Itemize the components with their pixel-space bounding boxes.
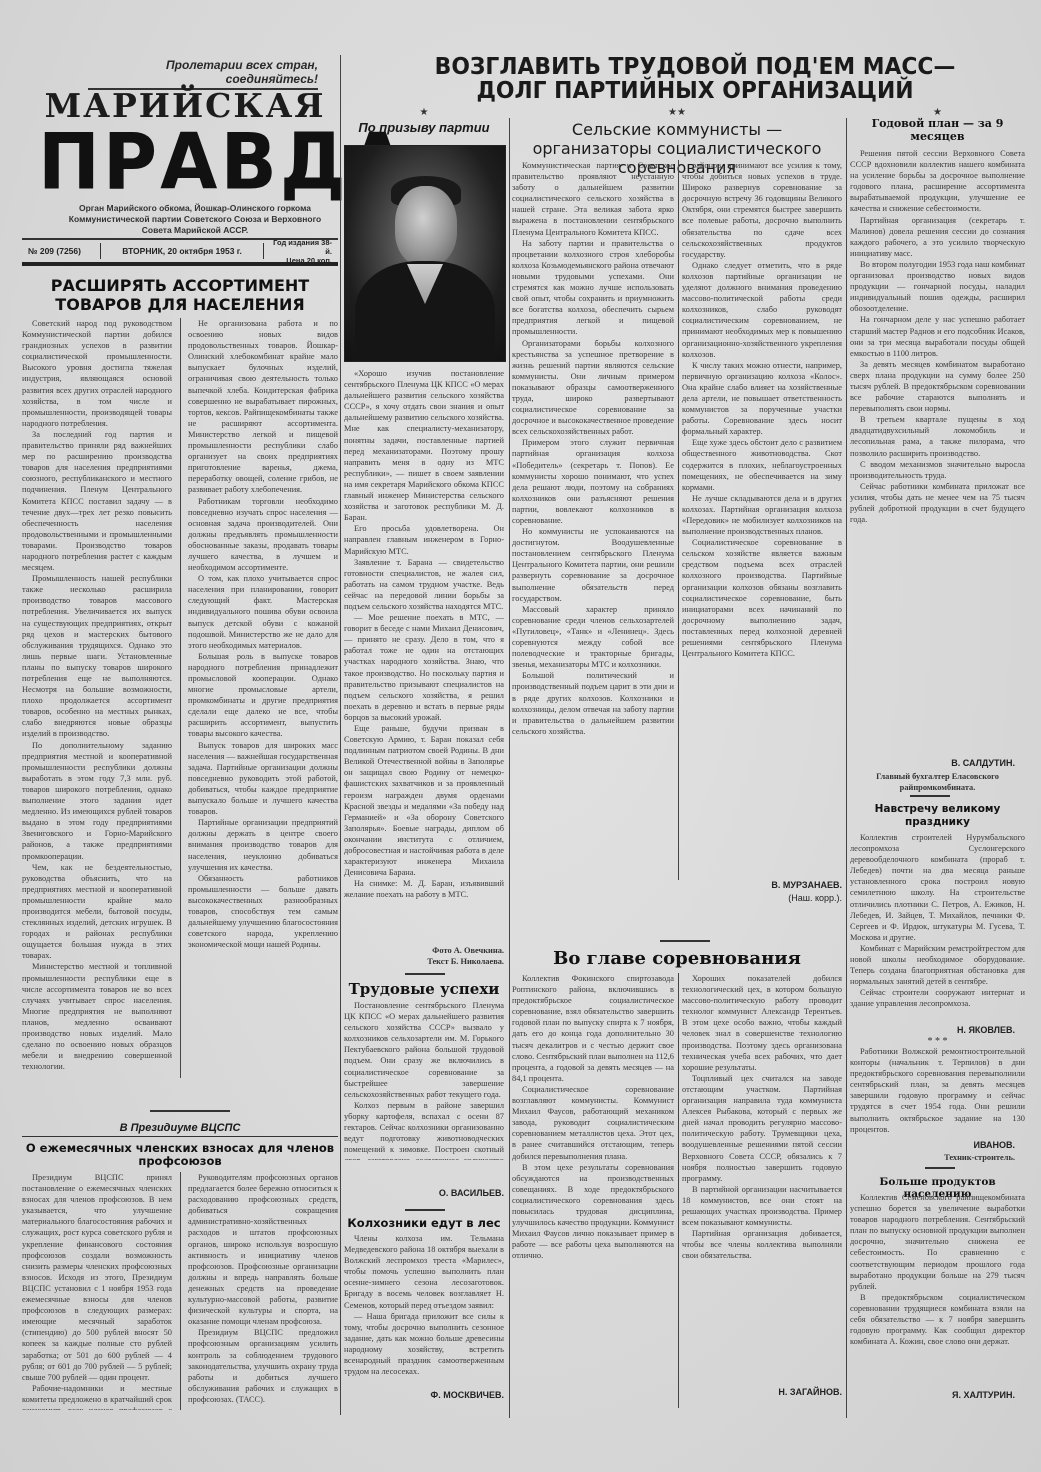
column-rule bbox=[340, 55, 341, 1415]
annual-headline: Годовой план — за 9 месяцев bbox=[850, 117, 1025, 143]
editorial-col-2: Не организована работа и по освоению нов… bbox=[188, 318, 338, 1078]
rural-col-1: Коммунистическая партия и Советское прав… bbox=[512, 160, 674, 925]
paragraph: Сейчас работники комбината приложат все … bbox=[850, 481, 1025, 525]
annual-text: Решения пятой сессии Верховного Совета С… bbox=[850, 148, 1025, 748]
paragraph: Колхоз первым в районе завершил уборку к… bbox=[344, 1100, 504, 1160]
newspaper-page: Пролетарии всех стран, соединяйтесь! МАР… bbox=[0, 0, 1041, 1472]
ornament-divider bbox=[150, 1110, 230, 1112]
paragraph: Президиум ВЦСПС принял постановление о е… bbox=[22, 1172, 172, 1383]
paragraph: Его просьба удовлетворена. Он направлен … bbox=[344, 523, 504, 556]
divider bbox=[405, 1209, 445, 1211]
text-credit: Текст Б. Николаева. bbox=[344, 956, 504, 967]
products-signature: Я. ХАЛТУРИН. bbox=[850, 1390, 1015, 1400]
sorevnovanie-col-1: Коллектив Фокинского спиртозавода Роптин… bbox=[512, 973, 674, 1403]
paragraph: Во втором полугодии 1953 года наш комбин… bbox=[850, 259, 1025, 314]
paragraph: Однако следует отметить, что в ряде колх… bbox=[682, 260, 842, 360]
paragraph: На заботу партии и правительства о процв… bbox=[512, 238, 674, 338]
paragraph: Постановление сентябрьского Пленума ЦК К… bbox=[344, 1000, 504, 1100]
issue-price: Цена 20 коп. bbox=[286, 256, 332, 265]
paragraph: На снимке: М. Д. Баран, изъявивший желан… bbox=[344, 878, 504, 900]
column-rule bbox=[180, 1172, 181, 1410]
paragraph: Социалистическое соревнование возглавляю… bbox=[512, 1084, 674, 1162]
kolhozniki-signature: Ф. МОСКВИЧЕВ. bbox=[344, 1390, 504, 1400]
builders-text: Работники Волжской ремонтностроительной … bbox=[850, 1046, 1025, 1136]
kolhozniki-text: Члены колхоза им. Тельмана Медведевского… bbox=[344, 1233, 504, 1383]
paragraph: Президиум ВЦСПС предложил профсоюзным ор… bbox=[188, 1327, 338, 1405]
sorevnovanie-col-2: Хороших показателей добился технологичес… bbox=[682, 973, 842, 1383]
annual-signature: В. САЛДУТИН. bbox=[850, 758, 1015, 768]
holiday-headline: Навстречу великому празднику bbox=[850, 803, 1025, 829]
paragraph: Коллектив Семеновского райпищекомбината … bbox=[850, 1192, 1025, 1292]
photo-face bbox=[395, 186, 457, 266]
paragraph: Не лучше складываются дела и в других ко… bbox=[682, 493, 842, 537]
paragraph: Тоцпливый цех считался на заводе отстающ… bbox=[682, 1073, 842, 1184]
paragraph: За последний год партия и правительство … bbox=[22, 429, 172, 573]
kolhozniki-headline: Колхозники едут в лес bbox=[344, 1216, 504, 1230]
paragraph: Социалистическое соревнование в сельском… bbox=[682, 537, 842, 659]
editorial-headline: РАСШИРЯТЬ АССОРТИМЕНТ ТОВАРОВ ДЛЯ НАСЕЛЕ… bbox=[22, 276, 338, 314]
paragraph: Обязанность работников промышленности — … bbox=[188, 873, 338, 951]
column-rule bbox=[678, 973, 679, 1408]
star-ornament: ★ bbox=[344, 107, 504, 118]
masthead-organ: Орган Марийского обкома, Йошкар-Олинског… bbox=[60, 203, 330, 236]
trudovye-text: Постановление сентябрьского Пленума ЦК К… bbox=[344, 1000, 504, 1160]
paragraph: Заявление т. Барана — свидетельство гото… bbox=[344, 557, 504, 612]
holiday-signature: Н. ЯКОВЛЕВ. bbox=[850, 1025, 1015, 1035]
paragraph: Работникам торговли необходимо повседнев… bbox=[188, 496, 338, 574]
divider bbox=[660, 940, 710, 942]
trudovye-signature: О. ВАСИЛЬЕВ. bbox=[344, 1188, 504, 1198]
paragraph: Советский народ под руководством Коммуни… bbox=[22, 318, 172, 429]
column-rule bbox=[846, 118, 847, 1418]
paragraph: Большая роль в выпуске товаров народного… bbox=[188, 651, 338, 740]
sorevnovanie-headline: Во главе соревнования bbox=[512, 948, 842, 969]
paragraph: — Мое решение поехать в МТС, — говорит в… bbox=[344, 612, 504, 723]
paragraph: Решения пятой сессии Верховного Совета С… bbox=[850, 148, 1025, 215]
feature-credits: Фото А. Овечкина. Текст Б. Николаева. bbox=[344, 945, 504, 967]
paragraph: Коммунистическая партия и Советское прав… bbox=[512, 160, 674, 238]
paragraph: К числу таких можно отнести, например, п… bbox=[682, 360, 842, 438]
issue-year: Год издания 38-й. bbox=[273, 238, 332, 256]
portrait-photo bbox=[344, 145, 506, 362]
paragraph: Не организована работа и по освоению нов… bbox=[188, 318, 338, 496]
paragraph: районов, принимают все усилия к тому, чт… bbox=[682, 160, 842, 260]
presidium-kicker: В Президиуме ВЦСПС bbox=[22, 1122, 338, 1137]
paragraph: С вводом механизмов значительно выросла … bbox=[850, 459, 1025, 481]
presidium-col-2: Руководителям профсоюзных органов предла… bbox=[188, 1172, 338, 1410]
divider bbox=[910, 795, 950, 797]
paragraph: Выпуск товаров для широких масс населени… bbox=[188, 740, 338, 818]
paragraph: — Наша бригада приложит все силы к тому,… bbox=[344, 1311, 504, 1378]
paragraph: Комбинат с Марийским ремстройтрестом для… bbox=[850, 943, 1025, 987]
divider bbox=[405, 973, 445, 975]
sorevnovanie-signature: Н. ЗАГАЙНОВ. bbox=[682, 1387, 842, 1397]
paragraph: Массовый характер приняло соревнование с… bbox=[512, 604, 674, 671]
issue-year-price: Год издания 38-й. Цена 20 коп. bbox=[264, 238, 338, 265]
editorial-col-1: Советский народ под руководством Коммуни… bbox=[22, 318, 172, 1078]
stars-ornament: ★★ bbox=[512, 107, 842, 118]
annual-signature-title: Главный бухгалтер Еласовского райпромком… bbox=[850, 771, 1025, 793]
rural-signature: В. МУРЗАНАЕВ. bbox=[682, 880, 842, 890]
paragraph: О том, как плохо учитывается спрос насел… bbox=[188, 573, 338, 651]
trudovye-headline: Трудовые успехи bbox=[344, 980, 504, 998]
paragraph: За девять месяцев комбинатом выработано … bbox=[850, 359, 1025, 414]
paragraph: Члены колхоза им. Тельмана Медведевского… bbox=[344, 1233, 504, 1311]
rural-col-2: районов, принимают все усилия к тому, чт… bbox=[682, 160, 842, 875]
paragraph: Рабочие-надомники и местные комитеты пре… bbox=[22, 1383, 172, 1410]
banner-line-2: ДОЛГ ПАРТИЙНЫХ ОРГАНИЗАЦИЙ bbox=[410, 79, 980, 103]
paragraph: Еще хуже здесь обстоит дело с развитием … bbox=[682, 437, 842, 492]
paragraph: В этом цехе результаты соревнования обсу… bbox=[512, 1162, 674, 1262]
issue-date: ВТОРНИК, 20 октября 1953 г. bbox=[101, 246, 264, 256]
paragraph: Руководителям профсоюзных органов предла… bbox=[188, 1172, 338, 1327]
holiday-text: Коллектив строителей Нурумбальского лесо… bbox=[850, 832, 1025, 1022]
column-rule bbox=[678, 160, 679, 880]
paragraph: В предоктябрьском социалистическом сорев… bbox=[850, 1292, 1025, 1347]
presidium-col-1: Президиум ВЦСПС принял постановление о е… bbox=[22, 1172, 172, 1410]
paragraph: В третьем квартале пущены в ход двадцати… bbox=[850, 414, 1025, 458]
column-rule bbox=[509, 118, 510, 1418]
banner-line-1: ВОЗГЛАВИТЬ ТРУДОВОЙ ПОД'ЕМ МАСС— bbox=[410, 55, 980, 79]
presidium-headline: О ежемесячных членских взносах для члено… bbox=[22, 1142, 338, 1168]
banner-headline: ВОЗГЛАВИТЬ ТРУДОВОЙ ПОД'ЕМ МАСС— ДОЛГ ПА… bbox=[410, 55, 980, 103]
paragraph: Партийная организация (секретарь т. Мали… bbox=[850, 215, 1025, 259]
paragraph: В партийной организации насчитывается 18… bbox=[682, 1184, 842, 1228]
paragraph: Большой политический и производственный … bbox=[512, 670, 674, 737]
paragraph: Промышленность нашей республики также не… bbox=[22, 573, 172, 739]
paragraph: «Хорошо изучив постановление сентябрьско… bbox=[344, 368, 504, 523]
builders-signature-title: Техник-строитель. bbox=[850, 1152, 1015, 1163]
paragraph: Коллектив строителей Нурумбальского лесо… bbox=[850, 832, 1025, 943]
paragraph: По дополнительному заданию предприятия м… bbox=[22, 740, 172, 862]
builders-signature: ИВАНОВ. bbox=[850, 1140, 1015, 1150]
paragraph: Примером этого служит первичная партийна… bbox=[512, 437, 674, 526]
paragraph: На гончарном деле у нас успешно работает… bbox=[850, 314, 1025, 358]
products-text: Коллектив Семеновского райпищекомбината … bbox=[850, 1192, 1025, 1384]
paragraph: Хороших показателей добился технологичес… bbox=[682, 973, 842, 1073]
paragraph: Партийные организации предприятий должны… bbox=[188, 817, 338, 872]
issue-info-bar: № 209 (7256) ВТОРНИК, 20 октября 1953 г.… bbox=[22, 238, 338, 266]
paragraph: Еще раньше, будучи призван в Советскую А… bbox=[344, 723, 504, 878]
paragraph: Коллектив Фокинского спиртозавода Роптин… bbox=[512, 973, 674, 1084]
paragraph: Но коммунисты не успокаиваются на достиг… bbox=[512, 526, 674, 604]
feature-text: «Хорошо изучив постановление сентябрьско… bbox=[344, 368, 504, 938]
column-rule bbox=[180, 318, 181, 1078]
feature-kicker: По призыву партии bbox=[344, 120, 504, 135]
divider bbox=[925, 1167, 955, 1169]
paragraph: Сейчас строители сооружают интернат и зд… bbox=[850, 987, 1025, 1009]
photo-credit: Фото А. Овечкина. bbox=[344, 945, 504, 956]
paragraph: Чем, как не бездеятельностью, руководств… bbox=[22, 862, 172, 962]
paragraph: Министерство местной и топливной промышл… bbox=[22, 961, 172, 1072]
paragraph: Партийная организация добивается, чтобы … bbox=[682, 1228, 842, 1261]
masthead-title-main: ПРАВДА bbox=[38, 120, 330, 204]
rural-signature-note: (Наш. корр.). bbox=[682, 893, 842, 903]
paragraph: Организаторами борьбы колхозного крестья… bbox=[512, 338, 674, 438]
issue-number: № 209 (7256) bbox=[22, 246, 100, 256]
paragraph: Работники Волжской ремонтностроительной … bbox=[850, 1046, 1025, 1135]
